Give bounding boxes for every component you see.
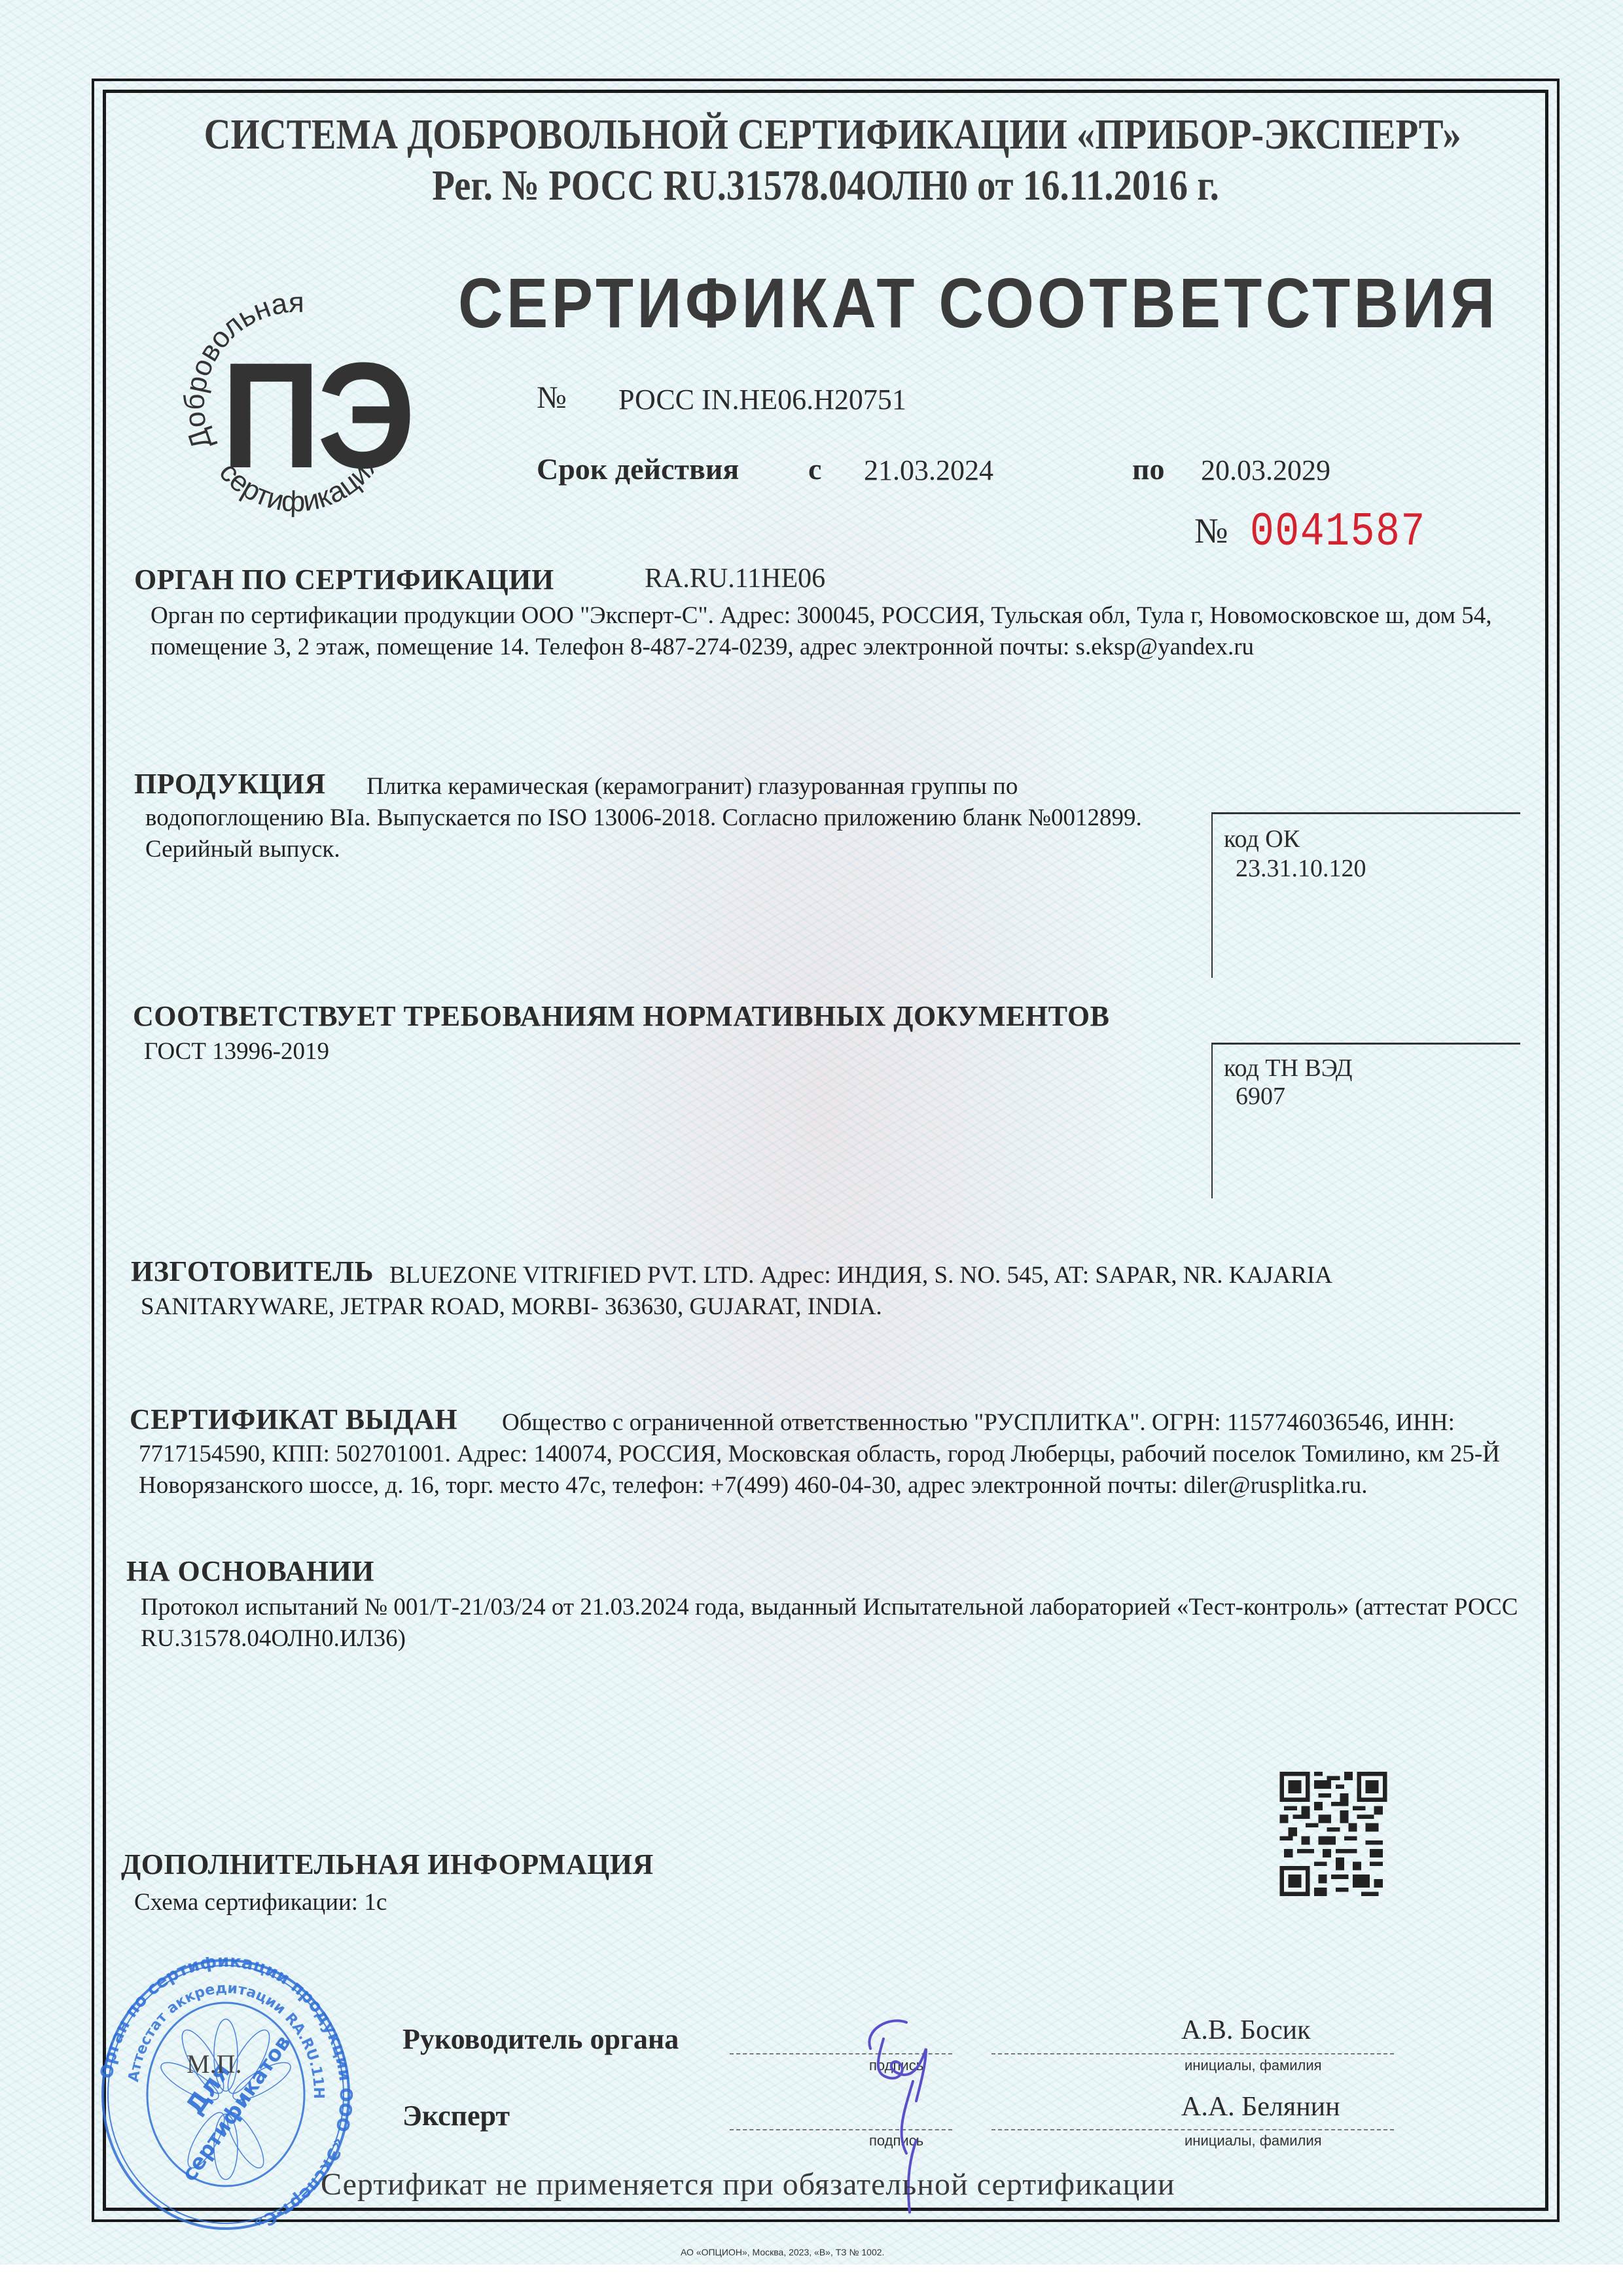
conformity-heading: СООТВЕТСТВУЕТ ТРЕБОВАНИЯМ НОРМАТИВНЫХ ДО… [133, 999, 1110, 1033]
issued-to-text: Общество с ограниченной ответственностью… [139, 1407, 1507, 1501]
system-registration: Рег. № РОСС RU.31578.04ОЛН0 от 16.11.201… [204, 161, 1448, 211]
basis-heading: НА ОСНОВАНИИ [126, 1554, 374, 1588]
product-text: Плитка керамическая (керамогранит) глазу… [145, 771, 1147, 865]
additional-info-heading: ДОПОЛНИТЕЛЬНАЯ ИНФОРМАЦИЯ [121, 1848, 654, 1881]
validity-label: Срок действия [537, 452, 739, 486]
valid-to-label: по [1132, 452, 1165, 486]
system-title: СИСТЕМА ДОБРОВОЛЬНОЙ СЕРТИФИКАЦИИ «ПРИБО… [204, 110, 1448, 160]
valid-from-label: с [808, 452, 821, 486]
conformity-standard: ГОСТ 13996-2019 [144, 1037, 329, 1066]
certification-body-code: RA.RU.11НЕ06 [645, 563, 825, 594]
qr-code-icon[interactable] [1279, 1772, 1387, 1896]
logo-letters: ПЭ [221, 340, 412, 491]
valid-to-date: 20.03.2029 [1201, 454, 1330, 487]
valid-from-date: 21.03.2024 [864, 454, 993, 487]
printer-imprint: АО «ОПЦИОН», Москва, 2023, «В», ТЗ № 100… [681, 2247, 884, 2257]
ok-code-value: 23.31.10.120 [1236, 854, 1366, 883]
expert-name: А.А. Белянин [1181, 2091, 1340, 2123]
certificate-title: СЕРТИФИКАТ СООТВЕТСТВИЯ [458, 262, 1499, 344]
head-name-line [991, 2053, 1394, 2054]
head-of-body-label: Руководитель органа [402, 2022, 679, 2056]
certification-body-text: Орган по сертификации продукции ООО "Экс… [151, 600, 1512, 663]
ok-code-label: код ОК [1224, 825, 1300, 853]
pe-logo: Добровольная сертификация ПЭ [167, 281, 429, 543]
expert-name-line [991, 2129, 1394, 2130]
certification-scheme: Схема сертификации: 1с [134, 1888, 387, 1916]
seal-placeholder-label: М.П. [187, 2049, 241, 2079]
expert-initials-caption: инициалы, фамилия [1185, 2132, 1322, 2149]
certificate-number: РОСС IN.НЕ06.Н20751 [618, 383, 906, 416]
certificate-number-label: № [537, 380, 567, 416]
footer-note: Сертификат не применяется при обязательн… [321, 2166, 1175, 2202]
tnved-code-value: 6907 [1236, 1082, 1285, 1111]
tnved-code-label: код ТН ВЭД [1224, 1054, 1353, 1083]
serial-number: 0041587 [1250, 505, 1426, 559]
head-initials-caption: инициалы, фамилия [1185, 2057, 1322, 2074]
serial-number-label: № [1194, 511, 1228, 551]
basis-text: Протокол испытаний № 001/Т-21/03/24 от 2… [141, 1592, 1535, 1655]
head-name: А.В. Босик [1181, 2015, 1311, 2046]
official-stamp-icon: Орган по сертификации продукции ООО «Экс… [98, 1957, 353, 2232]
expert-label: Эксперт [402, 2099, 510, 2132]
manufacturer-text: BLUEZONE VITRIFIED PVT. LTD. Адрес: ИНДИ… [141, 1260, 1502, 1323]
certification-body-heading: ОРГАН ПО СЕРТИФИКАЦИИ [134, 563, 554, 596]
